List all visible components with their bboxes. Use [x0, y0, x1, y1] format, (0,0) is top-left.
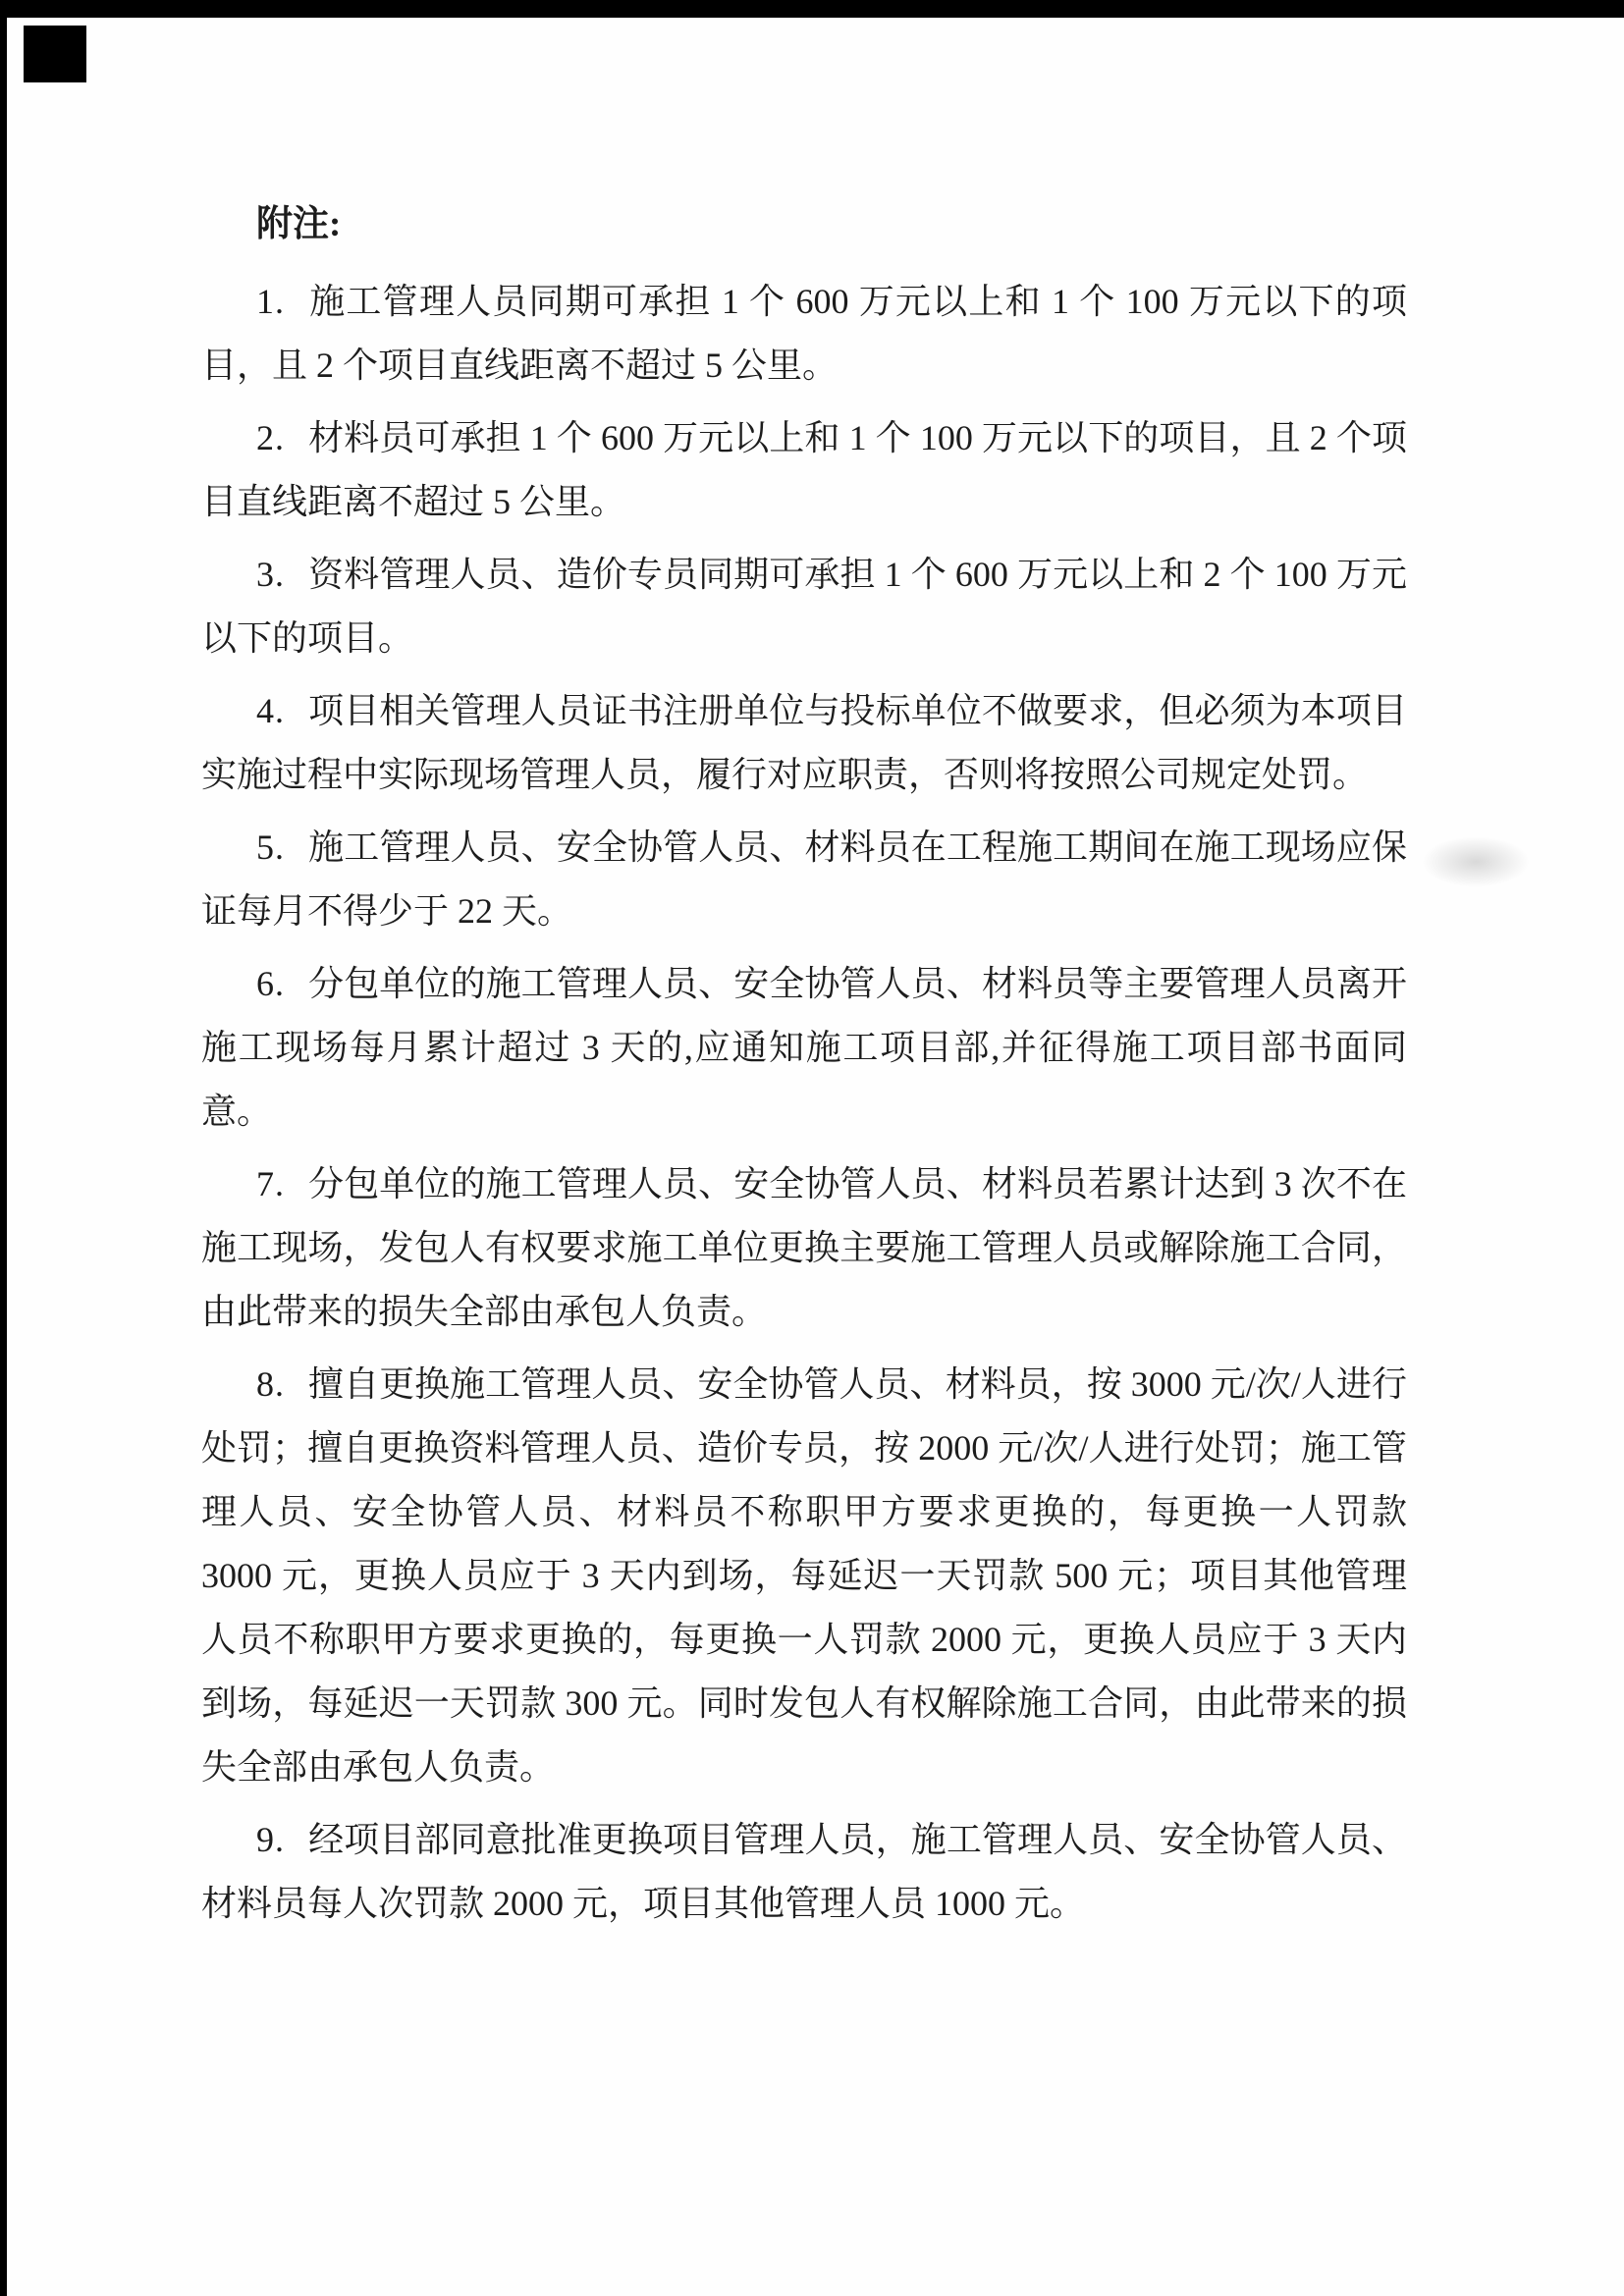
- notes-title: 附注:: [201, 192, 1407, 256]
- note-text: 资料管理人员、造价专员同期可承担 1 个 600 万元以上和 2 个 100 万…: [201, 555, 1407, 658]
- note-text: 分包单位的施工管理人员、安全协管人员、材料员若累计达到 3 次不在施工现场，发包…: [201, 1164, 1407, 1331]
- notes-section: 附注: 1.施工管理人员同期可承担 1 个 600 万元以上和 1 个 100 …: [201, 192, 1407, 1945]
- note-item-8: 8.擅自更换施工管理人员、安全协管人员、材料员，按 3000 元/次/人进行处罚…: [201, 1353, 1407, 1799]
- note-item-2: 2.材料员可承担 1 个 600 万元以上和 1 个 100 万元以下的项目，且…: [201, 406, 1407, 534]
- note-number: 8.: [256, 1364, 308, 1404]
- note-number: 7.: [256, 1164, 308, 1203]
- note-item-1: 1.施工管理人员同期可承担 1 个 600 万元以上和 1 个 100 万元以下…: [201, 270, 1407, 398]
- note-text: 施工管理人员、安全协管人员、材料员在工程施工期间在施工现场应保证每月不得少于 2…: [201, 828, 1407, 931]
- note-item-9: 9.经项目部同意批准更换项目管理人员，施工管理人员、安全协管人员、材料员每人次罚…: [201, 1808, 1407, 1936]
- note-number: 4.: [256, 691, 308, 730]
- note-item-6: 6.分包单位的施工管理人员、安全协管人员、材料员等主要管理人员离开施工现场每月累…: [201, 952, 1407, 1144]
- document-page: 附注: 1.施工管理人员同期可承担 1 个 600 万元以上和 1 个 100 …: [0, 0, 1624, 2296]
- note-item-5: 5.施工管理人员、安全协管人员、材料员在工程施工期间在施工现场应保证每月不得少于…: [201, 816, 1407, 943]
- note-text: 擅自更换施工管理人员、安全协管人员、材料员，按 3000 元/次/人进行处罚；擅…: [201, 1364, 1407, 1787]
- note-number: 6.: [256, 964, 308, 1003]
- note-text: 材料员可承担 1 个 600 万元以上和 1 个 100 万元以下的项目，且 2…: [201, 418, 1407, 521]
- scan-artifact-left-edge: [0, 0, 7, 2296]
- note-text: 施工管理人员同期可承担 1 个 600 万元以上和 1 个 100 万元以下的项…: [201, 282, 1407, 385]
- note-item-3: 3.资料管理人员、造价专员同期可承担 1 个 600 万元以上和 2 个 100…: [201, 543, 1407, 670]
- note-number: 9.: [256, 1820, 308, 1859]
- note-number: 1.: [256, 282, 308, 321]
- note-item-4: 4.项目相关管理人员证书注册单位与投标单位不做要求，但必须为本项目实施过程中实际…: [201, 679, 1407, 807]
- scan-artifact-corner-mark: [24, 26, 86, 82]
- scan-artifact-top-bar: [0, 0, 1624, 18]
- note-text: 项目相关管理人员证书注册单位与投标单位不做要求，但必须为本项目实施过程中实际现场…: [201, 691, 1407, 794]
- note-number: 5.: [256, 828, 308, 867]
- scan-smudge: [1422, 836, 1530, 887]
- note-number: 2.: [256, 418, 308, 457]
- note-text: 分包单位的施工管理人员、安全协管人员、材料员等主要管理人员离开施工现场每月累计超…: [201, 964, 1407, 1131]
- note-text: 经项目部同意批准更换项目管理人员，施工管理人员、安全协管人员、材料员每人次罚款 …: [201, 1820, 1407, 1923]
- note-number: 3.: [256, 555, 308, 594]
- note-item-7: 7.分包单位的施工管理人员、安全协管人员、材料员若累计达到 3 次不在施工现场，…: [201, 1152, 1407, 1344]
